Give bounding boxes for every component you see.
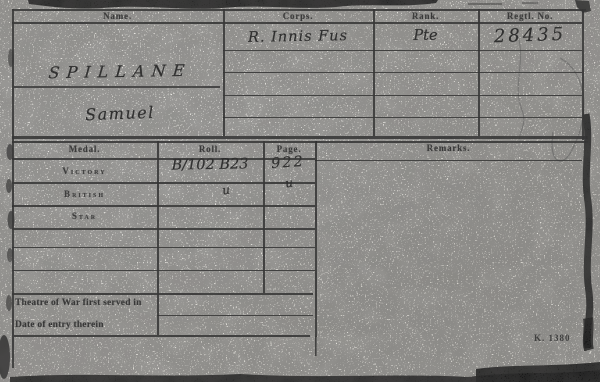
card-right-border [582,9,584,140]
divider-line [12,22,582,24]
remarks-value-area [317,163,580,333]
divider-line [157,315,313,316]
corps-column-header: Corps. [223,11,373,21]
page-header: Page. [263,144,315,154]
rank-handwriting: Pte [373,28,478,44]
medal-row-star: Star [12,211,157,221]
ditto-mark-roll: u [211,181,241,199]
forename-handwriting: Samuel [40,101,201,126]
divider-line [223,9,225,136]
divider-line [223,95,582,96]
roll-header: Roll. [157,144,263,154]
divider-line [12,247,315,248]
divider-line [223,72,582,73]
date-of-entry-label: Date of entry therein [15,320,104,330]
rank-column-header: Rank. [373,11,478,21]
divider-line [14,335,310,337]
divider-line [223,117,582,118]
divider-line [12,136,588,139]
medal-row-victory: Victory [12,166,157,176]
medal-row-british: British [12,189,157,199]
divider-line [223,50,582,51]
surname-underline [14,86,220,88]
medal-index-card: Name. Corps. Rank. Regtl. No. SPILLANE S… [0,0,600,382]
divider-line [12,182,315,184]
regtl-no-column-header: Regtl. No. [478,11,582,21]
medal-header: Medal. [12,144,157,154]
roll-value-handwriting: B/102 B23 [156,156,264,174]
theatre-of-war-label: Theatre of War first served in [15,298,142,308]
divider-line [12,270,315,271]
page-value-handwriting: 922 [261,153,316,173]
corps-handwriting: R. Innis Fus [225,28,371,47]
divider-line [12,293,313,295]
remarks-header: Remarks. [315,143,582,153]
surname-handwriting: SPILLANE [19,60,221,82]
regtl-no-handwriting: 28435 [478,23,583,48]
divider-line [12,205,315,207]
ditto-mark-page: u [275,174,303,191]
form-reference-number: K. 1380 [534,333,571,343]
divider-line [12,228,315,230]
divider-line [315,160,582,161]
name-column-header: Name. [12,11,223,21]
